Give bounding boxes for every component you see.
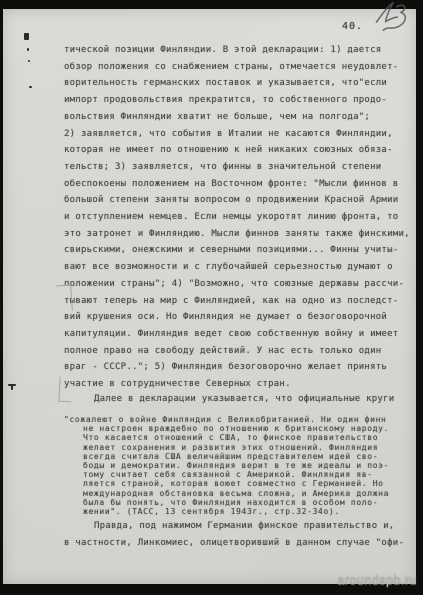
text-line: которая не имеет по отношению к ней ника…	[64, 142, 416, 159]
text-line: обеспокоены положением на Восточном фрон…	[64, 176, 416, 193]
text-line: жении". (ТАСС, 13 сентября 1943г., стр.3…	[64, 507, 416, 516]
text-line: вольствия Финляндии хватит не больше, че…	[64, 109, 416, 126]
handwritten-page-number	[369, 0, 411, 40]
text-line: 2) заявляется, что события в Италии не к…	[64, 126, 416, 143]
text-line: тывают теперь на мир с Финляндией, как н…	[64, 293, 416, 310]
text-line: была бы понять, что Финляндия находится …	[64, 498, 416, 507]
text-line: Правда, под нажимом Германии финское пра…	[64, 518, 416, 535]
text-line: большой степени заняты вопросом о продви…	[64, 192, 416, 209]
text-line: это затронет и Финляндию. Мысли финнов з…	[64, 226, 416, 243]
text-line: капитуляции. Финляндия ведет свою собств…	[64, 326, 416, 343]
pravda-paragraph: Правда, под нажимом Германии финское пра…	[64, 518, 416, 551]
main-paragraph: тической позиции Финляндии. В этой декла…	[64, 42, 416, 393]
pencil-mark	[56, 285, 73, 312]
text-line: и отступлением немцев. Если немцы укорот…	[64, 209, 416, 226]
text-line: обзор положения со снабжением страны, от…	[64, 59, 416, 76]
text-line: импорт продовольствия прекратится, то со…	[64, 92, 416, 109]
text-line: ляется страной, которая воюет совместно …	[64, 479, 416, 488]
text-line: полное право на свободу действий. У нас …	[64, 343, 416, 360]
dalee-paragraph: Далее в декларации указывается, что офиц…	[64, 391, 416, 408]
text-line: вают все возможности и с глубочайшей сер…	[64, 259, 416, 276]
watermark: aroundspb.ru	[337, 573, 417, 587]
text-line: свирьскими, онежскими и северными позици…	[64, 242, 416, 259]
text-line: враг - СССР.."; 5) Финляндия безоговороч…	[64, 359, 416, 376]
text-line: вий крушения оси. Но Финляндия не думает…	[64, 309, 416, 326]
text-line: ворительность германских поставок и указ…	[64, 75, 416, 92]
page-number: 40.	[342, 21, 363, 32]
text-line: в частности, Линкомиес, олицетворивший в…	[64, 535, 416, 552]
text-line: положении страны"; 4) "Возможно, что сою…	[64, 276, 416, 293]
ink-mark	[29, 86, 32, 88]
scanned-page: 40. тической позиции Финляндии. В этой д…	[0, 0, 423, 595]
text-line: Что касается отношений с США, то финское…	[64, 433, 416, 442]
text-line: Далее в декларации указывается, что офиц…	[64, 391, 416, 408]
pencil-mark	[58, 377, 72, 403]
quote-block: "сожалеют о войне Финляндии с Великобрит…	[64, 415, 416, 516]
text-line: боды и демократии. Финляндия верит в те …	[64, 461, 416, 470]
ink-mark	[28, 60, 30, 62]
ink-mark	[11, 385, 13, 390]
text-line: тельств; 3) заявляется, что финны в знач…	[64, 159, 416, 176]
ink-mark	[24, 33, 29, 40]
text-line: желает сохранения и развития этих отноше…	[64, 443, 416, 452]
text-line: всегда считала США величайшим представит…	[64, 452, 416, 461]
text-line: тической позиции Финляндии. В этой декла…	[64, 42, 416, 59]
ink-mark	[27, 48, 29, 51]
text-line: "сожалеют о войне Финляндии с Великобрит…	[64, 415, 416, 424]
text-line: международная обстановка весьма сложна, …	[64, 489, 416, 498]
